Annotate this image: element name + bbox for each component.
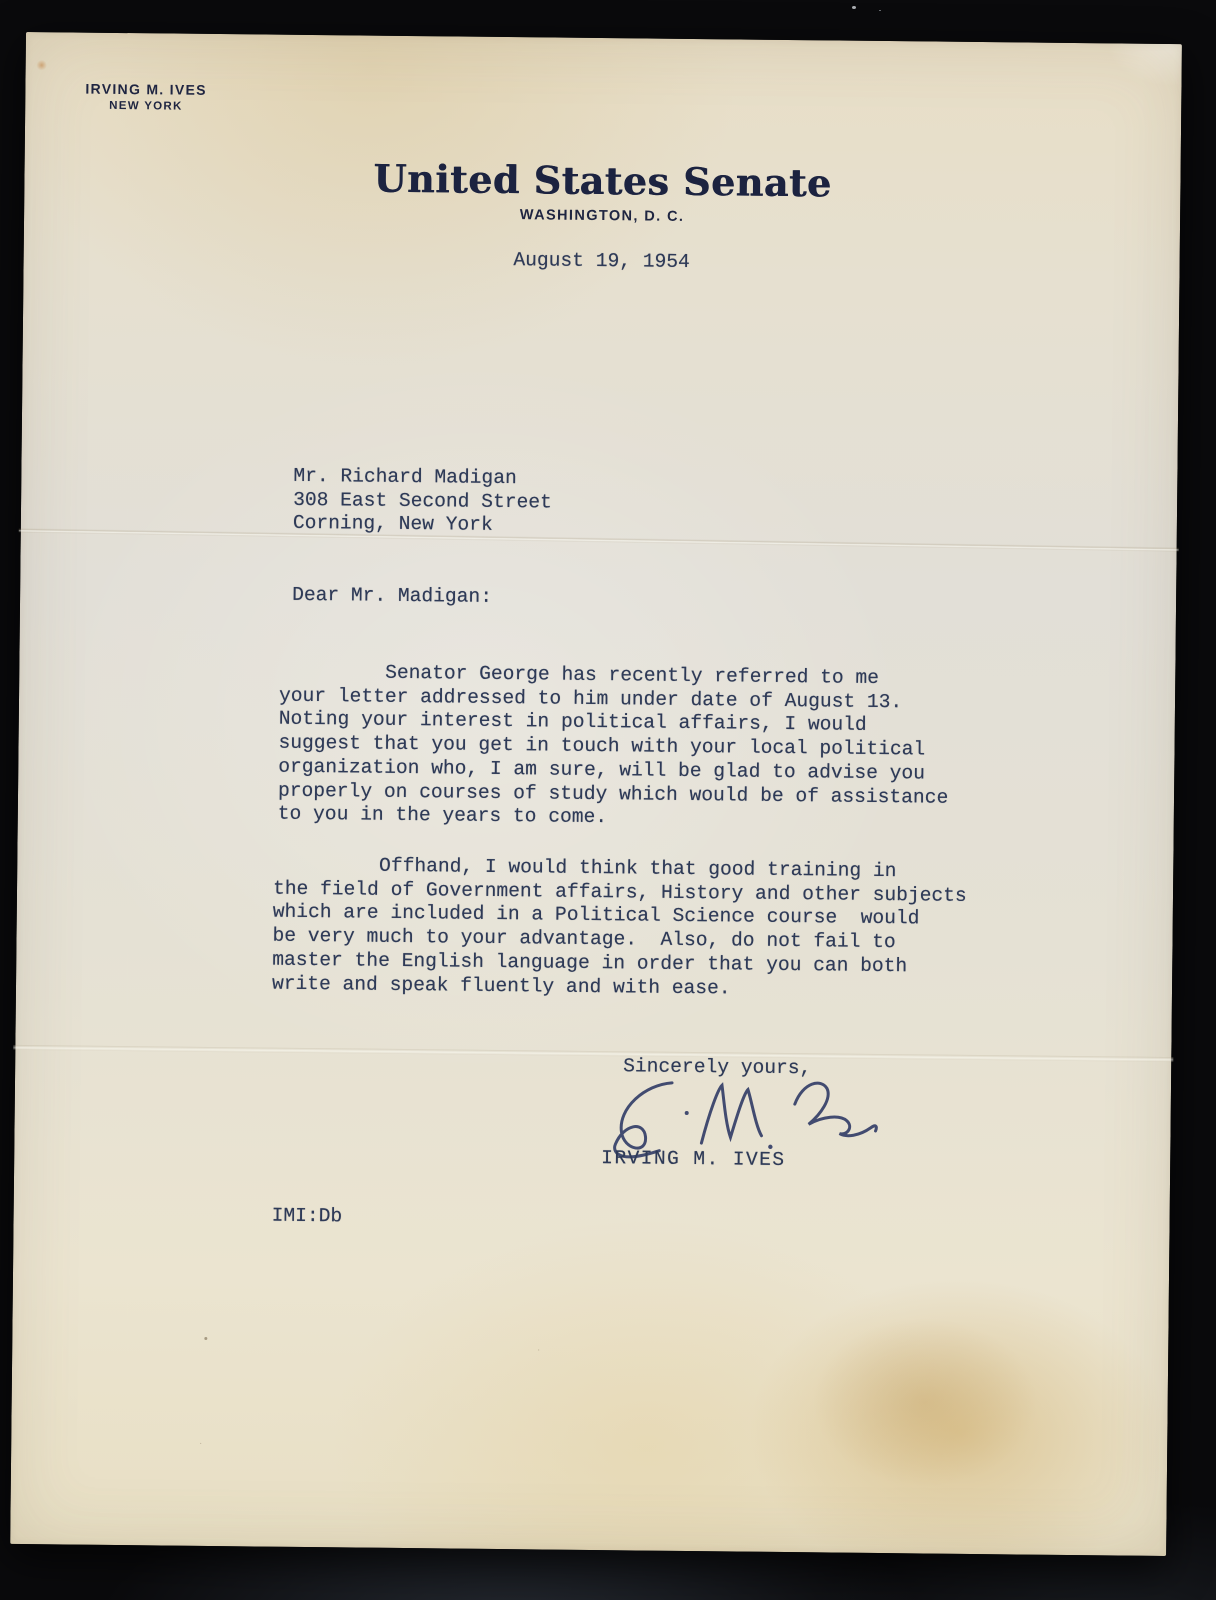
dust-speck bbox=[852, 6, 856, 9]
letter-title: United States Senate bbox=[24, 152, 1180, 209]
body-paragraph-2: Offhand, I would think that good trainin… bbox=[272, 854, 967, 1003]
reference-initials: IMI:Db bbox=[271, 1205, 342, 1229]
letterhead-sender-state: NEW YORK bbox=[85, 100, 207, 113]
letterhead: IRVING M. IVES NEW YORK bbox=[85, 81, 207, 113]
body-paragraph-1: Senator George has recently referred to … bbox=[278, 661, 950, 834]
paper-speck bbox=[204, 1337, 207, 1340]
fold-crease-bottom bbox=[13, 1045, 1173, 1062]
recipient-name-line: Mr. Richard Madigan bbox=[293, 465, 517, 489]
recipient-city-line: Corning, New York bbox=[293, 512, 493, 536]
photo-background: IRVING M. IVES NEW YORK United States Se… bbox=[0, 0, 1216, 1600]
letter-paper: IRVING M. IVES NEW YORK United States Se… bbox=[10, 32, 1182, 1556]
recipient-street-line: 308 East Second Street bbox=[293, 489, 552, 514]
fold-crease-top bbox=[19, 528, 1179, 552]
recipient-address: Mr. Richard Madigan 308 East Second Stre… bbox=[293, 465, 552, 539]
salutation: Dear Mr. Madigan: bbox=[292, 584, 492, 610]
signer-typed-name: IRVING M. IVES bbox=[601, 1147, 785, 1173]
letter-date: August 19, 1954 bbox=[24, 244, 1180, 280]
letterhead-sender-name: IRVING M. IVES bbox=[85, 81, 207, 98]
